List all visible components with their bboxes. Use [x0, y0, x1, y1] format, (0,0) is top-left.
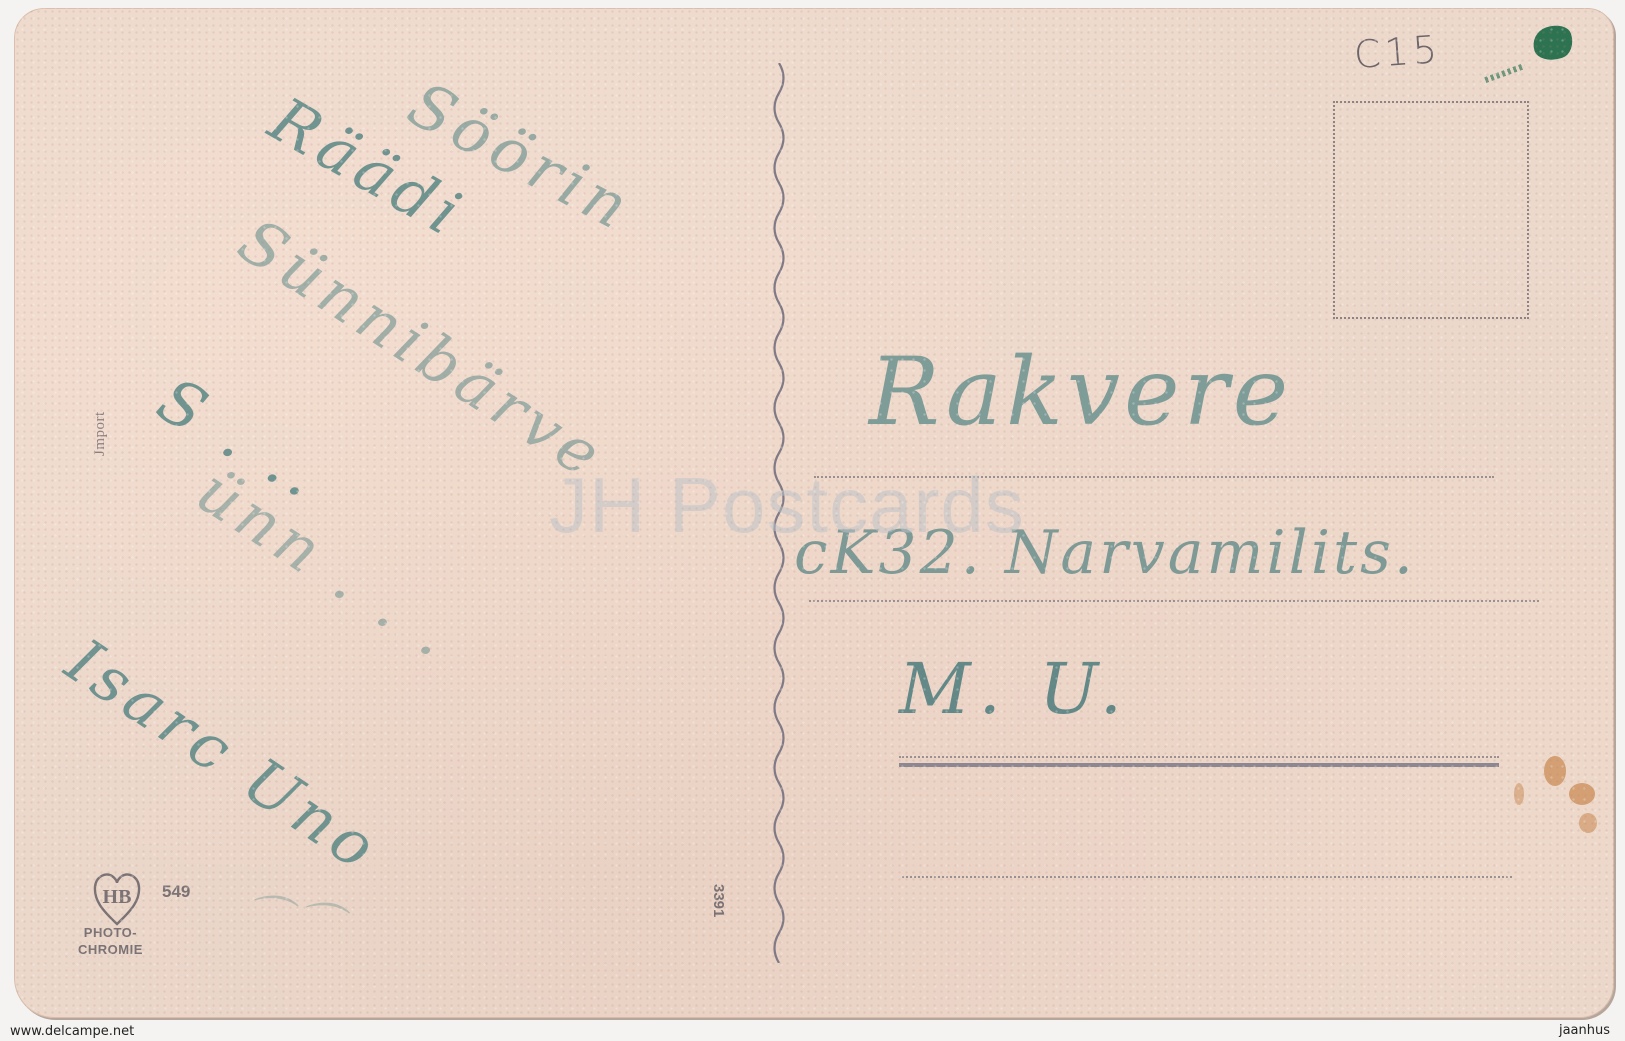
rust-spot	[1544, 756, 1566, 786]
series-number: 549	[162, 882, 190, 902]
green-ink-trace	[1484, 63, 1526, 83]
rust-spot	[1514, 783, 1524, 805]
photochromie-line-1: PHOTO-	[78, 924, 143, 941]
address-line-2	[809, 600, 1539, 602]
credit-jaanhus: jaanhus	[1559, 1023, 1610, 1038]
address-city: Rakvere	[869, 338, 1292, 447]
credit-delcampe: www.delcampe.net	[10, 1024, 134, 1039]
green-ink-stain	[1529, 21, 1578, 66]
handwritten-signature: Isarc Uno	[54, 624, 394, 886]
publisher-heart-logo-icon: HB	[92, 870, 142, 926]
stamp-placeholder-box	[1333, 101, 1529, 319]
pencil-note: C15	[1353, 27, 1443, 77]
postcard-back: Jmport HB 549 PHOTO- CHROMIE 3391 Söörin…	[14, 8, 1614, 1018]
serial-number: 3391	[710, 884, 727, 917]
address-region: M. U.	[899, 648, 1130, 730]
photochromie-line-2: CHROMIE	[78, 941, 143, 958]
rust-spot	[1579, 813, 1597, 833]
rust-spot	[1569, 783, 1595, 805]
watermark: JH Postcards	[549, 460, 1025, 551]
handwritten-message-line: ünn . . .	[184, 454, 469, 674]
address-line-3	[899, 756, 1499, 758]
import-label: Jmport	[92, 411, 109, 456]
address-line-4	[902, 876, 1512, 878]
photochromie-label: PHOTO- CHROMIE	[78, 924, 143, 958]
svg-text:HB: HB	[103, 886, 132, 908]
handwritten-flourish: ⌒⌒	[239, 878, 351, 958]
postcard-scan: Jmport HB 549 PHOTO- CHROMIE 3391 Söörin…	[0, 0, 1625, 1041]
